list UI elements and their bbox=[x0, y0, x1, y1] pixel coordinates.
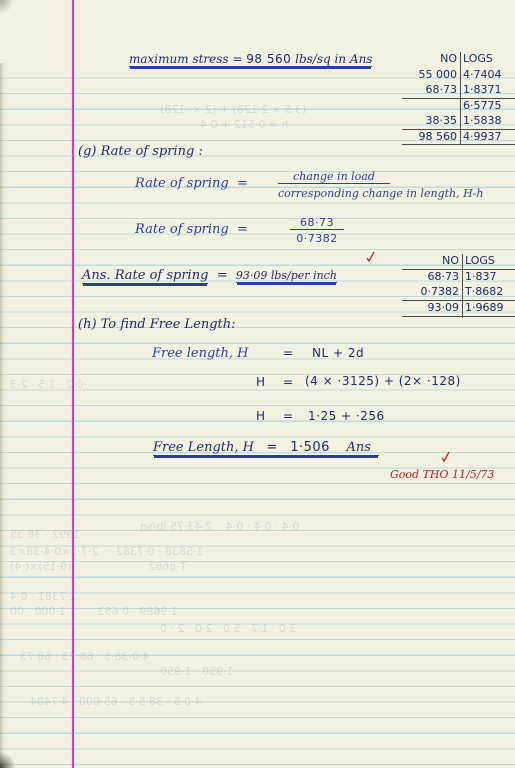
rate-formula-fraction: change in load corresponding change in l… bbox=[278, 170, 390, 184]
table-header: NO bbox=[402, 254, 462, 267]
bleed-through: 1·5838 · 0·7382 2·7·5×0·4·38×3 bbox=[10, 545, 203, 558]
teacher-note: Good THO 11/5/73 bbox=[390, 468, 494, 481]
free-length-sum-rhs: 1·25 + ·256 bbox=[308, 409, 385, 423]
margin-line bbox=[72, 0, 74, 768]
bleed-through: 4·0·5 · 38·5·5 · 65·000 · 4·7404 bbox=[30, 695, 201, 708]
free-length-formula-rhs: NL + 2d bbox=[312, 346, 364, 360]
bleed-through: 1992 · 38·35 bbox=[10, 528, 80, 541]
table-row: 6·5775 bbox=[400, 99, 515, 112]
notebook-page: h = 0·512 + 0·4 (3·5 × 2·128) + (2 × ·12… bbox=[0, 0, 515, 768]
section-g-heading: (g) Rate of spring : bbox=[78, 144, 203, 159]
rate-answer: Ans. Rate of spring = 93·09 lbs/per inch bbox=[82, 268, 337, 283]
log-table-1: NO LOGS 55 000 4·7404 68·73 1·8371 6·577… bbox=[400, 52, 515, 147]
check-mark-icon bbox=[366, 251, 375, 262]
bleed-through: 0·4 · 0·4 · 0·4 2·43·75 lb/sq bbox=[140, 520, 299, 533]
free-length-subst-lhs: H bbox=[256, 375, 266, 389]
free-length-answer: Free Length, H = 1·506 Ans bbox=[153, 440, 379, 456]
table-header: LOGS bbox=[460, 52, 515, 65]
table-row: 98 560 4·9937 bbox=[400, 130, 515, 143]
log-table-2: NO LOGS 68·73 1·837 0·7382 T·8682 93·09 … bbox=[402, 254, 515, 320]
table-row: 68·73 1·837 bbox=[402, 270, 515, 283]
bleed-through: 1·9689 · 0·653 1·000 · 00 bbox=[10, 605, 178, 618]
free-length-formula-eq: = bbox=[283, 346, 294, 360]
rate-subst-label: Rate of spring = bbox=[135, 222, 248, 237]
bleed-through: ·0·2 · 1·5 · 2·3 bbox=[10, 378, 87, 391]
bleed-through: T·8682 (0·15)×(·4) bbox=[10, 560, 187, 573]
free-length-formula: Free length, H bbox=[152, 346, 249, 361]
max-stress-unit: lbs/sq in bbox=[295, 52, 346, 66]
table-row: 55 000 4·7404 bbox=[400, 68, 515, 81]
rate-subst-fraction: 68·73 0·7382 bbox=[290, 216, 344, 245]
free-length-value: 1·506 bbox=[290, 440, 330, 455]
table-row: 93·09 1·9689 bbox=[402, 301, 515, 314]
free-length-subst-rhs: (4 × ·3125) + (2× ·128) bbox=[305, 374, 461, 388]
table-header: LOGS bbox=[462, 254, 515, 267]
max-stress-label: maximum stress bbox=[129, 52, 229, 66]
bleed-through: h = 0·512 + 0·4 bbox=[200, 118, 288, 131]
max-stress-line: maximum stress = 98 560 lbs/sq in Ans bbox=[129, 52, 372, 67]
bleed-through: 1·950 · 1·950 bbox=[160, 665, 233, 678]
free-length-sum-lhs: H bbox=[256, 409, 266, 423]
table-row: 38·35 1·5838 bbox=[400, 114, 515, 127]
bleed-through: (3·5 × 2·128) + (2 × ·128) bbox=[160, 103, 306, 116]
bleed-through: 4·0·38·5 · 68·73 · 68·73 bbox=[20, 650, 149, 663]
max-stress-ans: Ans bbox=[350, 52, 373, 66]
rate-formula-label: Rate of spring = bbox=[135, 176, 248, 191]
max-stress-value: 98 560 bbox=[246, 52, 291, 66]
check-mark-icon bbox=[441, 451, 450, 462]
free-length-sum-eq: = bbox=[283, 409, 294, 423]
section-h-heading: (h) To find Free Length: bbox=[78, 317, 236, 332]
free-length-subst-eq: = bbox=[283, 375, 294, 389]
bleed-through: 3·0 · 1·7 · 5·0 · 2·0 · 2 · 0 bbox=[160, 622, 296, 635]
table-row: 0·7382 T·8682 bbox=[402, 285, 515, 298]
bleed-through: 1·7381 · 0·4 bbox=[10, 590, 76, 603]
rate-answer-value: 93·09 lbs/per inch bbox=[236, 269, 337, 283]
table-header: NO bbox=[400, 52, 460, 65]
table-row: 68·73 1·8371 bbox=[400, 83, 515, 96]
